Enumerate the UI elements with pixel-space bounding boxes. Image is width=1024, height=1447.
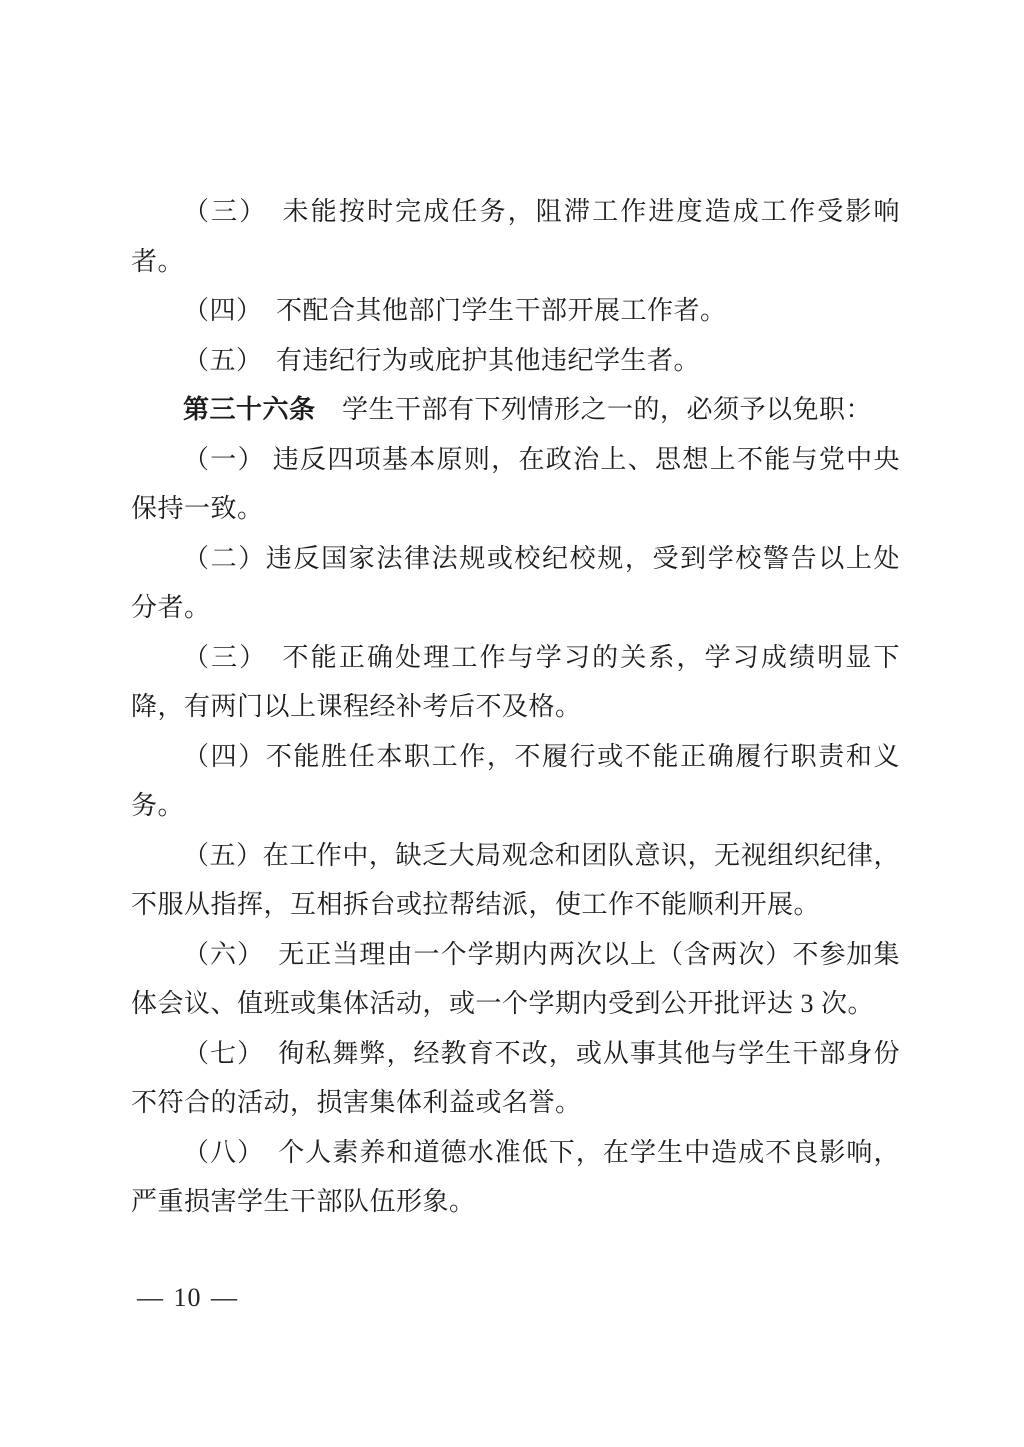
paragraph-line: 保持一致。 [131, 484, 900, 534]
paragraph-line: 分者。 [131, 583, 900, 633]
document-page: （三） 未能按时完成任务，阻滞工作进度造成工作受影响 者。 （四） 不配合其他部… [0, 0, 1024, 1447]
document-body: （三） 未能按时完成任务，阻滞工作进度造成工作受影响 者。 （四） 不配合其他部… [131, 187, 900, 1227]
paragraph-line: 不服从指挥，互相拆台或拉帮结派，使工作不能顺利开展。 [131, 880, 900, 930]
paragraph-line: （三） 不能正确处理工作与学习的关系，学习成绩明显下 [131, 633, 900, 683]
paragraph-line: 降，有两门以上课程经补考后不及格。 [131, 682, 900, 732]
page-number: — 10 — [137, 1283, 238, 1313]
paragraph-line: 体会议、值班或集体活动，或一个学期内受到公开批评达 3 次。 [131, 979, 900, 1029]
paragraph-line: （一） 违反四项基本原则，在政治上、思想上不能与党中央 [131, 435, 900, 485]
paragraph-line: （六） 无正当理由一个学期内两次以上（含两次）不参加集 [131, 930, 900, 980]
paragraph-line: （八） 个人素养和道德水准低下，在学生中造成不良影响， [131, 1128, 900, 1178]
paragraph-line: （五）在工作中，缺乏大局观念和团队意识，无视组织纪律， [131, 831, 900, 881]
article-heading-line: 第三十六条 学生干部有下列情形之一的，必须予以免职： [131, 385, 900, 435]
paragraph-line: （五） 有违纪行为或庇护其他违纪学生者。 [131, 336, 900, 386]
paragraph-line: 务。 [131, 781, 900, 831]
paragraph-line: （七） 徇私舞弊，经教育不改，或从事其他与学生干部身份 [131, 1029, 900, 1079]
paragraph-line: 严重损害学生干部队伍形象。 [131, 1177, 900, 1227]
paragraph-line: 者。 [131, 237, 900, 287]
paragraph-line: （四）不能胜任本职工作，不履行或不能正确履行职责和义 [131, 732, 900, 782]
paragraph-line: （四） 不配合其他部门学生干部开展工作者。 [131, 286, 900, 336]
article-heading-text: 学生干部有下列情形之一的，必须予以免职： [316, 395, 873, 424]
paragraph-line: 不符合的活动，损害集体利益或名誉。 [131, 1078, 900, 1128]
article-number: 第三十六条 [183, 395, 316, 424]
paragraph-line: （三） 未能按时完成任务，阻滞工作进度造成工作受影响 [131, 187, 900, 237]
paragraph-line: （二）违反国家法律法规或校纪校规，受到学校警告以上处 [131, 534, 900, 584]
